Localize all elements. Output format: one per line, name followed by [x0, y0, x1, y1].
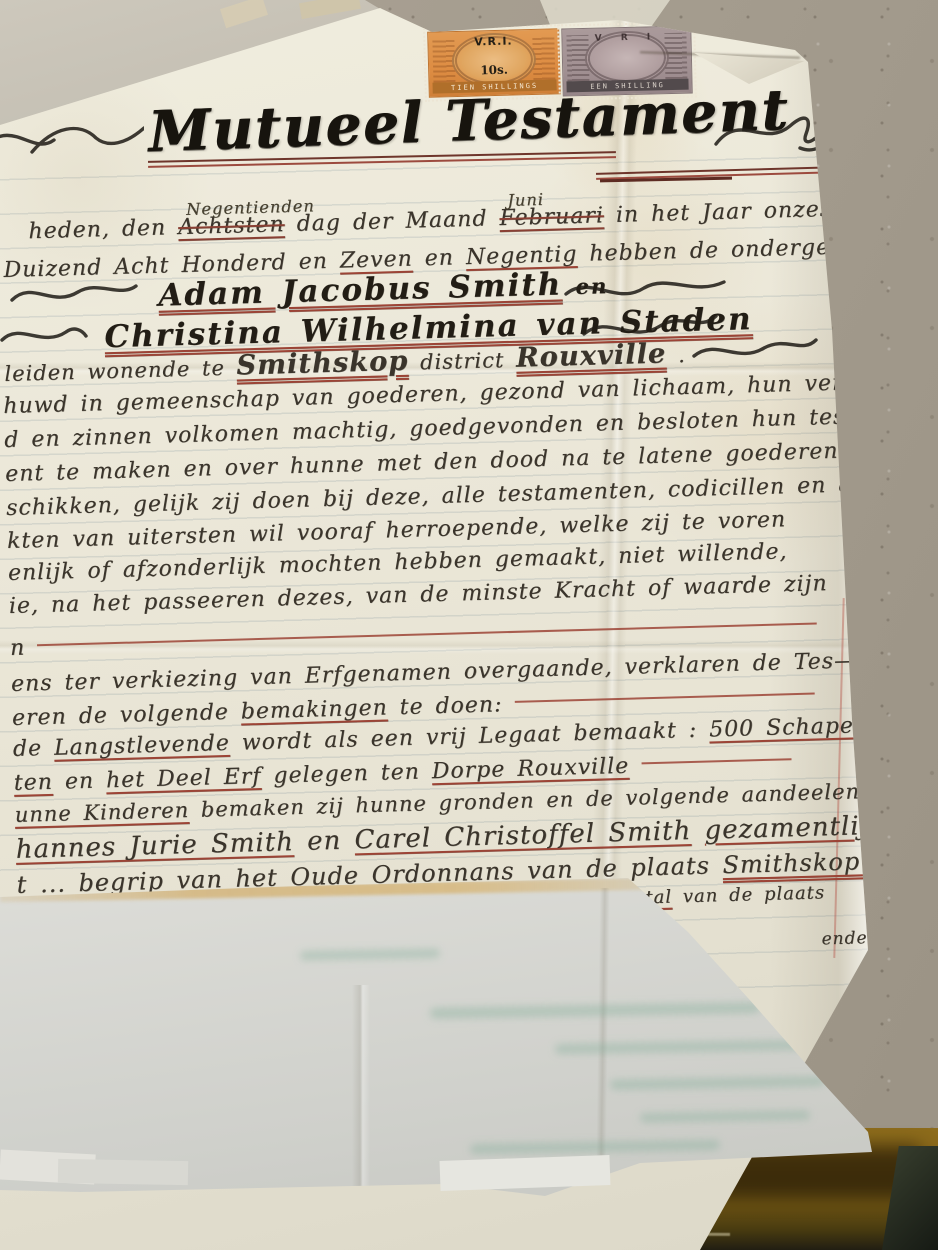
- handwritten-segment: n: [10, 635, 38, 661]
- handwritten-segment: Smithskop.: [722, 847, 869, 879]
- red-rule: [37, 622, 817, 646]
- handwritten-segment: Dorpe Rouxville: [431, 754, 629, 785]
- stacked-sheet-edge: [440, 1155, 611, 1191]
- handwritten-segment: en: [53, 768, 107, 794]
- photo-frame: V.R.I. 10s. TIEN SHILLINGS V R I EEN SHI…: [0, 0, 938, 1250]
- ghost-text-smudge: [470, 1140, 720, 1154]
- handwritten-segment: Zeven: [339, 247, 413, 274]
- red-rule: [514, 693, 814, 703]
- handwritten-segment: dag der Maand: [284, 206, 500, 237]
- handwritten-segment: district: [408, 348, 516, 375]
- handwritten-segment: wordt als een vrij Legaat bemaakt :: [229, 717, 709, 755]
- handwritten-segment: te doen:: [387, 692, 514, 721]
- ghost-text-smudge: [640, 1111, 810, 1123]
- handwritten-segment: gezamentlijk: [704, 811, 886, 846]
- handwritten-line: ende.: [821, 928, 874, 949]
- oversheet-crease: [596, 888, 610, 1163]
- handwritten-segment: ende.: [821, 928, 874, 949]
- handwritten-segment: unne Kinderen: [14, 798, 189, 827]
- handwritten-segment: de: [13, 736, 55, 762]
- handwritten-segment: [629, 753, 642, 778]
- handwritten-segment: FebruariJuni: [499, 203, 604, 231]
- ghost-text-smudge: [300, 949, 440, 960]
- handwritten-segment: leiden wonende te: [4, 356, 237, 386]
- handwritten-segment: en: [293, 825, 354, 857]
- handwritten-segment: gelegen ten: [261, 759, 432, 789]
- handwritten-segment: [691, 816, 705, 846]
- ghost-text-smudge: [610, 1076, 825, 1090]
- oversheet-crease: [352, 985, 370, 1190]
- handwritten-segment: Carel Christoffel Smith: [354, 816, 692, 855]
- stacked-sheet-edge: [58, 1159, 188, 1185]
- handwritten-segment: en: [412, 245, 466, 271]
- handwritten-segment: Langstlevende: [54, 731, 231, 761]
- handwritten-segment: heden, den: [28, 215, 178, 244]
- red-rule: [641, 758, 791, 764]
- ghost-text-smudge: [430, 1002, 760, 1019]
- handwritten-segment: bemakingen: [241, 695, 389, 724]
- handwritten-segment: eren de volgende: [12, 700, 241, 731]
- handwritten-segment: hannes Jurie Smith: [15, 827, 294, 865]
- handwritten-segment: .: [666, 343, 686, 368]
- handwritten-segment: en: [562, 273, 609, 299]
- handwritten-segment: van de plaats: [672, 882, 826, 907]
- handwritten-segment: ten: [14, 770, 54, 796]
- handwritten-segment: AchtstenNegentienden: [178, 212, 285, 240]
- inserted-word: Juni: [507, 189, 544, 209]
- handwritten-segment: Smithskop: [236, 345, 409, 382]
- ghost-text-smudge: [555, 1040, 805, 1054]
- handwritten-segment: het Deel Erf: [106, 764, 262, 793]
- handwritten-segment: Rouxville: [516, 338, 667, 374]
